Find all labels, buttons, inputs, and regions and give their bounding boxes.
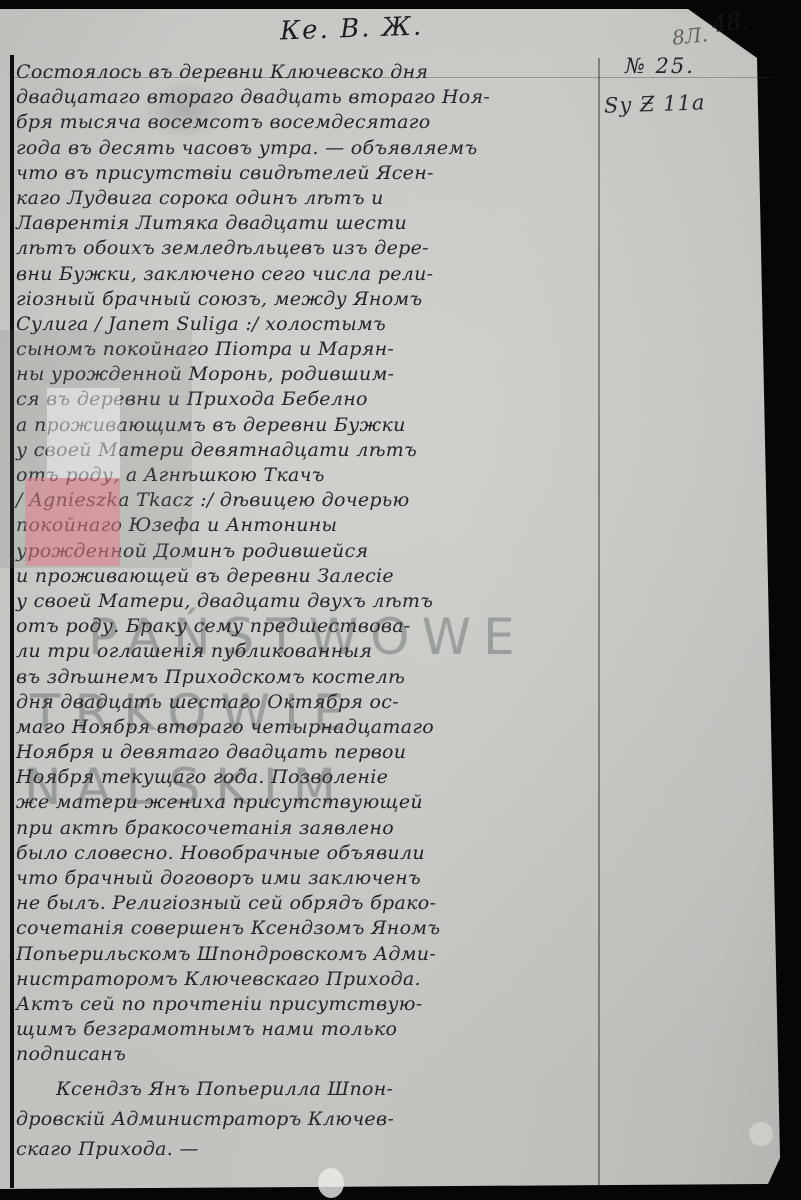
manuscript-line: дровскій Администраторъ Ключев- bbox=[16, 1104, 596, 1134]
manuscript-line: каго Лудвига сорока одинъ лѣтъ и bbox=[16, 186, 596, 211]
manuscript-line: подписанъ bbox=[16, 1042, 596, 1067]
manuscript-line: не былъ. Религіозный сей обрядъ брако- bbox=[16, 891, 596, 916]
manuscript-line: Лаврентія Литяка двадцати шести bbox=[16, 211, 596, 236]
paper-blemish bbox=[749, 1122, 773, 1146]
manuscript-line: гіозный брачный союзъ, между Яномъ bbox=[16, 287, 596, 312]
manuscript-line: было словесно. Новобрачные объявили bbox=[16, 841, 596, 866]
manuscript-line: вни Бужки, заключено сего числа рели- bbox=[16, 262, 596, 287]
header-mark: Ке. В. Ж. bbox=[280, 12, 424, 47]
manuscript-line: Ноября и девятаго двадцать первои bbox=[16, 740, 596, 765]
manuscript-line: года въ десять часовъ утра. — объявляемъ bbox=[16, 136, 596, 161]
manuscript-line: при актѣ бракосочетанія заявлено bbox=[16, 816, 596, 841]
sheet-number: 8Л. bbox=[671, 22, 709, 50]
manuscript-line: Ксендзъ Янъ Попьерилла Шпон- bbox=[56, 1074, 596, 1104]
act-number: № 25. bbox=[625, 54, 695, 78]
manuscript-line: Ноября текущаго года. Позволеніе bbox=[16, 765, 596, 790]
manuscript-line: лѣтъ обоихъ земледѣльцевъ изъ дере- bbox=[16, 236, 596, 261]
manuscript-line: бря тысяча восемсотъ восемдесятаго bbox=[16, 110, 596, 135]
manuscript-line: у своей Матери, двадцати двухъ лѣтъ bbox=[16, 589, 596, 614]
manuscript-line: что въ присутствіи свидѣтелей Ясен- bbox=[16, 161, 596, 186]
page-number: 48. bbox=[711, 8, 750, 38]
manuscript-line: Актъ сей по прочтеніи присутствую- bbox=[16, 992, 596, 1017]
manuscript-line: Попьерильскомъ Шпондровскомъ Адми- bbox=[16, 942, 596, 967]
manuscript-line: ли три оглашенія публикованныя bbox=[16, 639, 596, 664]
manuscript-line: маго Ноября втораго четырнадцатаго bbox=[16, 715, 596, 740]
paper-blemish bbox=[318, 1168, 344, 1198]
manuscript-line: двадцатаго втораго двадцать втораго Ноя- bbox=[16, 85, 596, 110]
pink-highlight bbox=[25, 478, 120, 566]
manuscript-line: что брачный договоръ ими заключенъ bbox=[16, 866, 596, 891]
manuscript-line: скаго Прихода. — bbox=[16, 1134, 596, 1164]
manuscript-line: въ здѣшнемъ Приходскомъ костелѣ bbox=[16, 665, 596, 690]
manuscript-line: же матери жениха присутствующей bbox=[16, 790, 596, 815]
page-edge-line bbox=[10, 55, 14, 1188]
margin-column-rule bbox=[598, 58, 600, 1186]
manuscript-text: Состоялось въ деревни Ключевско днядвадц… bbox=[16, 60, 596, 1164]
white-highlight bbox=[47, 388, 120, 478]
manuscript-line: нистраторомъ Ключевскаго Прихода. bbox=[16, 967, 596, 992]
scanned-register-page: PAŃSTWOWE TRKOWIE NALSKIM Ке. В. Ж. 48. … bbox=[0, 0, 801, 1200]
manuscript-line: дня двадцать шестаго Октября ос- bbox=[16, 690, 596, 715]
margin-note: Sy Ƶ 11a bbox=[604, 90, 706, 118]
manuscript-line: щимъ безграмотнымъ нами только bbox=[16, 1017, 596, 1042]
manuscript-line: отъ роду. Браку сему предшествова- bbox=[16, 614, 596, 639]
manuscript-line: сочетанія совершенъ Ксендзомъ Яномъ bbox=[16, 916, 596, 941]
manuscript-line: Состоялось въ деревни Ключевско дня bbox=[16, 60, 596, 85]
